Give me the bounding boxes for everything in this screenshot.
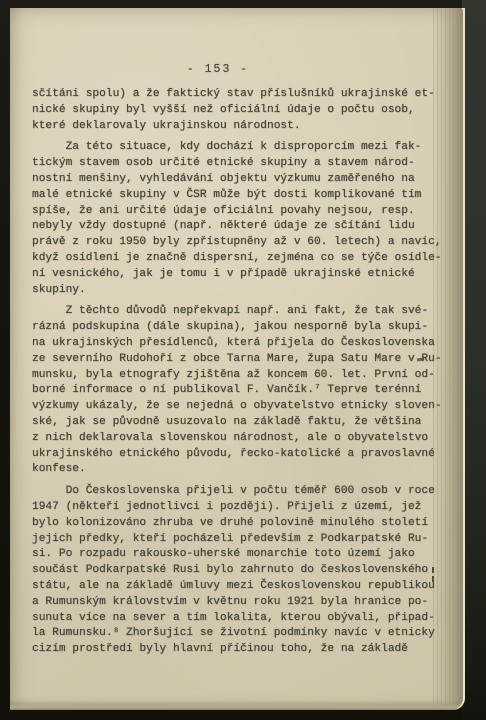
text-line: nické skupiny byl vyšší než oficiální úd…	[32, 103, 456, 119]
text-line: a Rumunským královstvím v květnu roku 19…	[32, 595, 456, 611]
text-line: 1947 (někteří jednotlivci i později). Př…	[32, 500, 456, 516]
text-line: které deklarovaly ukrajinskou národnost.	[32, 119, 456, 135]
text-line: bylo kolonizováno zhruba ve druhé polovi…	[32, 516, 456, 532]
text-line: ní vesnického, jak je tomu i v případě u…	[32, 267, 456, 283]
page-number: - 153 -	[0, 63, 444, 76]
text-line: Za této situace, kdy dochází k dispropor…	[32, 140, 456, 156]
text-line: nostní menšiny, vyhledávání objektu výzk…	[32, 172, 456, 188]
ink-speck	[432, 567, 434, 573]
text-line: jejich předky, kteří pocházeli především…	[32, 532, 456, 548]
text-line: skupiny.	[32, 283, 456, 299]
paragraph: Z těchto důvodů nepřekvapí např. ani fak…	[32, 304, 456, 478]
text-line: malé etnické skupiny v ČSR může být dost…	[32, 188, 456, 204]
text-line: když osídlení je značně dispersní, zejmé…	[32, 251, 456, 267]
text-line: cizím prostředí byly hlavní příčinou toh…	[32, 642, 456, 658]
page-bottom-edge	[10, 700, 462, 710]
text-line: konfese.	[32, 462, 456, 478]
text-line: munsku, byla etnografy zjištěna až konce…	[32, 368, 456, 384]
text-line: sčítáni spolu) a že faktický stav příslu…	[32, 87, 456, 103]
text-line: borné informace o ní publikoval F. Vančí…	[32, 383, 456, 399]
page-text-block: sčítáni spolu) a že faktický stav příslu…	[32, 87, 456, 658]
text-line: Z těchto důvodů nepřekvapí např. ani fak…	[32, 304, 456, 320]
text-line: ské, jak se původně usuzovalo na základě…	[32, 415, 456, 431]
book-edge-band	[462, 0, 486, 720]
text-line: si. Po rozpadu rakousko-uherské monarchi…	[32, 547, 456, 563]
text-line: na ukrajinských přesídlenců, která přije…	[32, 336, 456, 352]
text-line: ukrajinského etnického původu, řecko-kat…	[32, 447, 456, 463]
text-line: právě z roku 1950 byly zpřístupněny až v…	[32, 235, 456, 251]
text-line: ze severního Rudohoří z obce Tarna Mare,…	[32, 352, 456, 368]
text-line: tickým stavem osob určité etnické skupin…	[32, 156, 456, 172]
paragraph: Za této situace, kdy dochází k dispropor…	[32, 140, 456, 298]
scanned-book-photo: - 153 - sčítáni spolu) a že faktický sta…	[0, 0, 486, 720]
text-line: Do Československa přijeli v počtu téměř …	[32, 484, 456, 500]
text-line: státu, ale na základě úmluvy mezi Českos…	[32, 579, 456, 595]
text-line: la Rumunsku.⁸ Zhoršující se životní podm…	[32, 626, 456, 642]
text-line: výzkumy ukázaly, že se nejedná o obyvate…	[32, 399, 456, 415]
text-line: spíše, že ani určité údaje oficiální pov…	[32, 204, 456, 220]
paragraph: Do Československa přijeli v počtu téměř …	[32, 484, 456, 658]
text-line: součást Podkarpatské Rusi bylo zahrnuto …	[32, 563, 456, 579]
text-line: z nich deklarovala slovenskou národnost,…	[32, 431, 456, 447]
document-page: - 153 - sčítáni spolu) a že faktický sta…	[10, 8, 465, 710]
text-line: sunuta více na sever a tím lokalita, kte…	[32, 611, 456, 627]
paragraph: sčítáni spolu) a že faktický stav příslu…	[32, 87, 456, 134]
text-line: rázná podskupina (dále skupina), jakou n…	[32, 320, 456, 336]
text-line: nebyly vždy dostupné (např. některé údaj…	[32, 219, 456, 235]
